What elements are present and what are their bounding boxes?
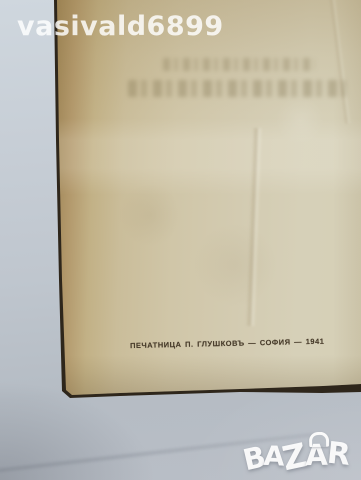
book-photo: ПЕЧАТНИЦА П. ГЛУШКОВЪ — СОФИЯ — 1941 vas…: [0, 0, 361, 480]
ghost-text-line-1: [163, 58, 315, 71]
book-page: [0, 0, 361, 480]
bazar-logo: B A Z A R: [242, 426, 352, 474]
logo-letter-bag: A: [305, 441, 328, 470]
shopping-bag-handle-icon: [309, 432, 329, 447]
ghost-text-line-2: [128, 80, 346, 97]
seller-watermark: vasivald6899: [17, 11, 224, 42]
logo-letter: R: [326, 439, 352, 471]
